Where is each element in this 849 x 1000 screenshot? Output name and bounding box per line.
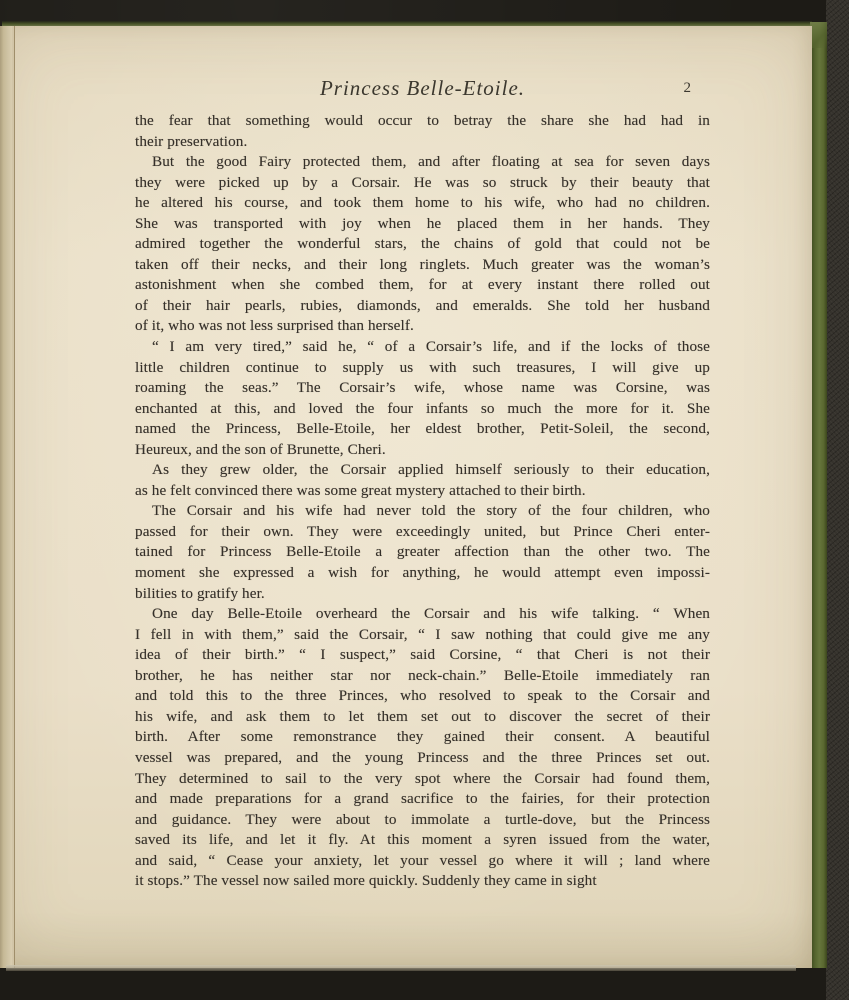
text-line: The Corsair and his wife had never told … bbox=[135, 501, 710, 522]
text-line: it stops.” The vessel now sailed more qu… bbox=[135, 871, 710, 892]
page-number: 2 bbox=[684, 80, 693, 97]
text-line: One day Belle-Etoile overheard the Corsa… bbox=[135, 604, 710, 625]
text-line: As they grew older, the Corsair applied … bbox=[135, 460, 710, 481]
text-line: little children continue to supply us wi… bbox=[135, 358, 710, 379]
text-line: they were picked up by a Corsair. He was… bbox=[135, 173, 710, 194]
text-line: their preservation. bbox=[135, 132, 710, 153]
text-line: roaming the seas.” The Corsair’s wife, w… bbox=[135, 378, 710, 399]
text-line: “ I am very tired,” said he, “ of a Cors… bbox=[135, 337, 710, 358]
text-line: his wife, and ask them to let them set o… bbox=[135, 707, 710, 728]
text-line: and guidance. They were about to immolat… bbox=[135, 810, 710, 831]
text-line: the fear that something would occur to b… bbox=[135, 111, 710, 132]
text-line: enchanted at this, and loved the four in… bbox=[135, 399, 710, 420]
text-line: and told this to the three Princes, who … bbox=[135, 686, 710, 707]
text-line: I fell in with them,” said the Corsair, … bbox=[135, 625, 710, 646]
book-cover-right-edge bbox=[810, 22, 827, 968]
text-line: taken off their necks, and their long ri… bbox=[135, 255, 710, 276]
text-line: astonishment when she combed them, for a… bbox=[135, 275, 710, 296]
text-line: saved its life, and let it fly. At this … bbox=[135, 830, 710, 851]
text-line: idea of their birth.” “ I suspect,” said… bbox=[135, 645, 710, 666]
text-line: brother, he has neither star nor neck-ch… bbox=[135, 666, 710, 687]
text-line: admired together the wonderful stars, th… bbox=[135, 234, 710, 255]
text-line: and made preparations for a grand sacrif… bbox=[135, 789, 710, 810]
text-line: She was transported with joy when he pla… bbox=[135, 214, 710, 235]
page-stack-edge bbox=[0, 26, 15, 968]
page-text: the fear that something would occur to b… bbox=[135, 111, 710, 892]
text-line: They determined to sail to the very spot… bbox=[135, 769, 710, 790]
text-line: passed for their own. They were exceedin… bbox=[135, 522, 710, 543]
text-line: of it, who was not less surprised than h… bbox=[135, 316, 710, 337]
running-head: Princess Belle-Etoile. 2 bbox=[135, 76, 710, 106]
cloth-backdrop bbox=[826, 0, 849, 1000]
text-line: as he felt convinced there was some grea… bbox=[135, 481, 710, 502]
text-line: bilities to gratify her. bbox=[135, 584, 710, 605]
text-line: tained for Princess Belle-Etoile a great… bbox=[135, 542, 710, 563]
text-line: vessel was prepared, and the young Princ… bbox=[135, 748, 710, 769]
text-line: he altered his course, and took them hom… bbox=[135, 193, 710, 214]
text-line: and said, “ Cease your anxiety, let your… bbox=[135, 851, 710, 872]
text-line: But the good Fairy protected them, and a… bbox=[135, 152, 710, 173]
book-page: Princess Belle-Etoile. 2 the fear that s… bbox=[0, 26, 812, 968]
book-scan-photo: Princess Belle-Etoile. 2 the fear that s… bbox=[0, 0, 849, 1000]
text-line: of their hair pearls, rubies, diamonds, … bbox=[135, 296, 710, 317]
text-line: Heureux, and the son of Brunette, Cheri. bbox=[135, 440, 710, 461]
running-title: Princess Belle-Etoile. bbox=[135, 76, 710, 101]
text-line: moment she expressed a wish for anything… bbox=[135, 563, 710, 584]
text-line: named the Princess, Belle-Etoile, her el… bbox=[135, 419, 710, 440]
text-line: birth. After some remonstrance they gain… bbox=[135, 727, 710, 748]
